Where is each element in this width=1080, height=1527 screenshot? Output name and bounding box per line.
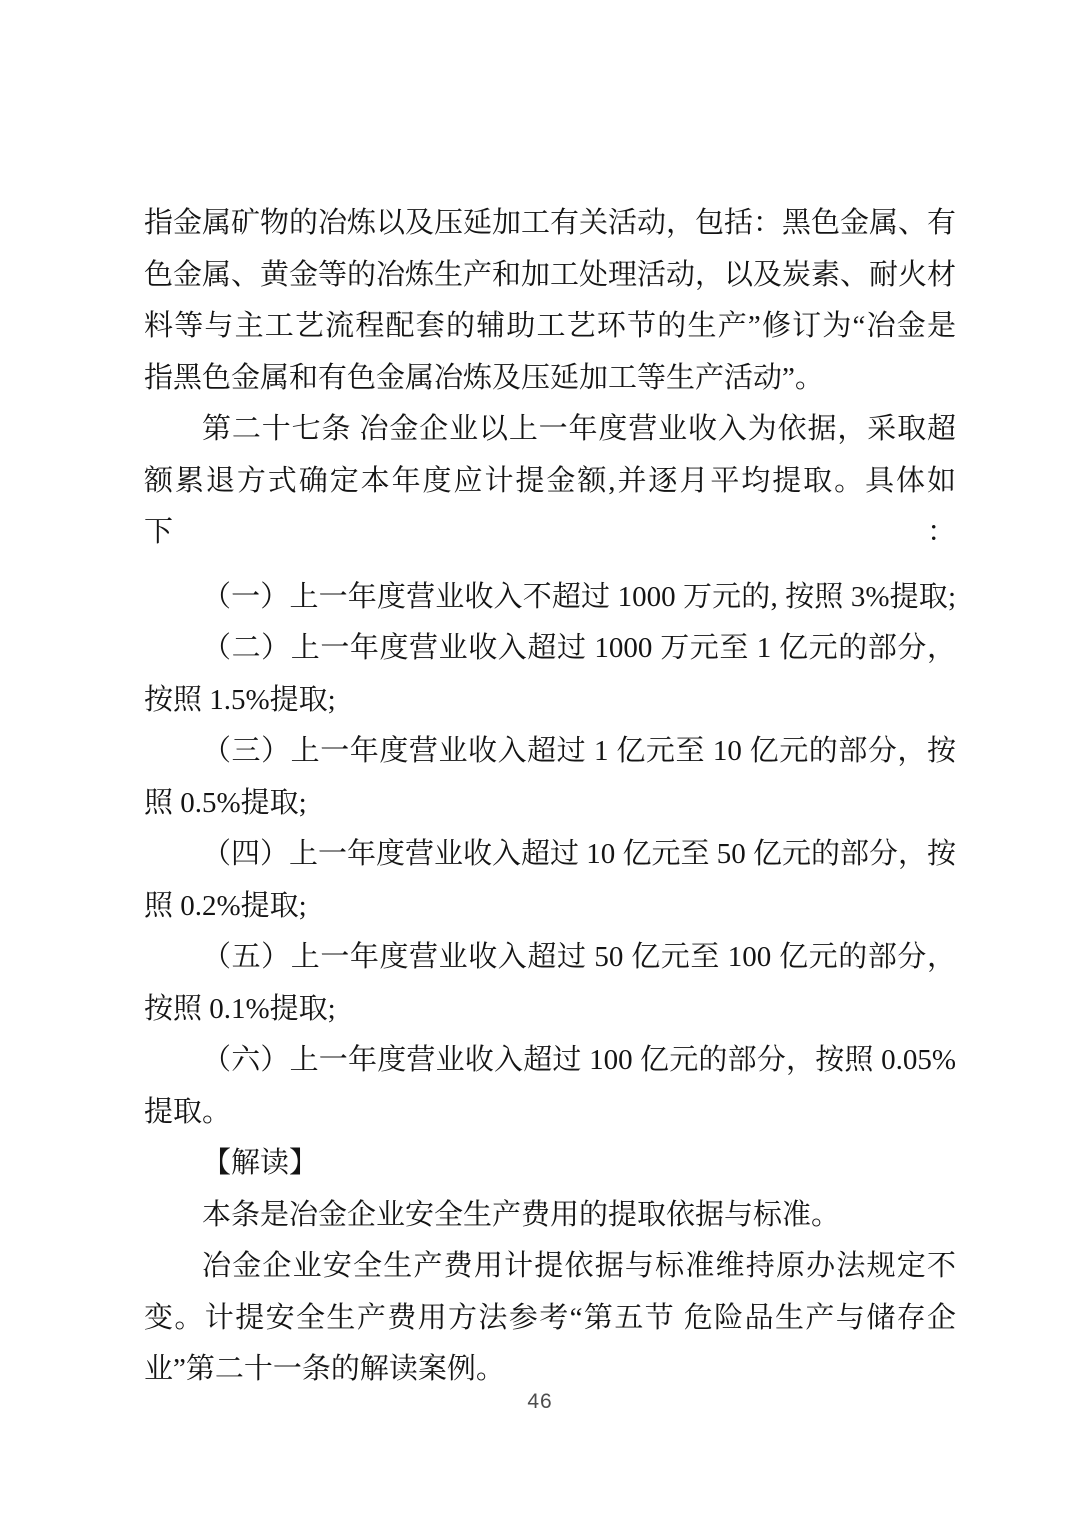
document-body: 指金属矿物的冶炼以及压延加工有关活动，包括：黑色金属、有 色金属、黄金等的冶炼生… bbox=[144, 198, 956, 1396]
interpretation-line: 本条是冶金企业安全生产费用的提取依据与标准。 bbox=[144, 1190, 956, 1242]
list-item-6-line: 提取。 bbox=[144, 1087, 956, 1139]
list-item-2-line: （二）上一年度营业收入超过 1000 万元至 1 亿元的部分， bbox=[144, 623, 956, 675]
article-27-heading-line: 第二十七条 冶金企业以上一年度营业收入为依据，采取超 bbox=[144, 404, 956, 456]
list-item-5-line: 按照 0.1%提取; bbox=[144, 984, 956, 1036]
interpretation-heading: 【解读】 bbox=[144, 1138, 956, 1190]
page-number: 46 bbox=[527, 1390, 552, 1413]
paragraph-line: 指金属矿物的冶炼以及压延加工有关活动，包括：黑色金属、有 bbox=[144, 198, 956, 250]
interpretation-line: 变。计提安全生产费用方法参考“第五节 危险品生产与储存企 bbox=[144, 1293, 956, 1345]
list-item-1-line: （一）上一年度营业收入不超过 1000 万元的, 按照 3%提取; bbox=[144, 572, 956, 624]
paragraph-line: 指黑色金属和有色金属冶炼及压延加工等生产活动”。 bbox=[144, 353, 956, 405]
paragraph-line: 额累退方式确定本年度应计提金额,并逐月平均提取。具体如下： bbox=[144, 456, 956, 559]
list-item-6-line: （六）上一年度营业收入超过 100 亿元的部分，按照 0.05% bbox=[144, 1035, 956, 1087]
list-item-4-line: （四）上一年度营业收入超过 10 亿元至 50 亿元的部分，按 bbox=[144, 829, 956, 881]
list-item-4-line: 照 0.2%提取; bbox=[144, 881, 956, 933]
list-item-3-line: （三）上一年度营业收入超过 1 亿元至 10 亿元的部分，按 bbox=[144, 726, 956, 778]
paragraph-line: 色金属、黄金等的冶炼生产和加工处理活动，以及炭素、耐火材 bbox=[144, 250, 956, 302]
document-page: 指金属矿物的冶炼以及压延加工有关活动，包括：黑色金属、有 色金属、黄金等的冶炼生… bbox=[0, 0, 1080, 1527]
page-footer: 46 bbox=[0, 1390, 1080, 1414]
interpretation-line: 业”第二十一条的解读案例。 bbox=[144, 1344, 956, 1396]
list-item-3-line: 照 0.5%提取; bbox=[144, 778, 956, 830]
paragraph-line: 料等与主工艺流程配套的辅助工艺环节的生产”修订为“冶金是 bbox=[144, 301, 956, 353]
list-item-5-line: （五）上一年度营业收入超过 50 亿元至 100 亿元的部分， bbox=[144, 932, 956, 984]
list-item-2-line: 按照 1.5%提取; bbox=[144, 675, 956, 727]
interpretation-line: 冶金企业安全生产费用计提依据与标准维持原办法规定不 bbox=[144, 1241, 956, 1293]
